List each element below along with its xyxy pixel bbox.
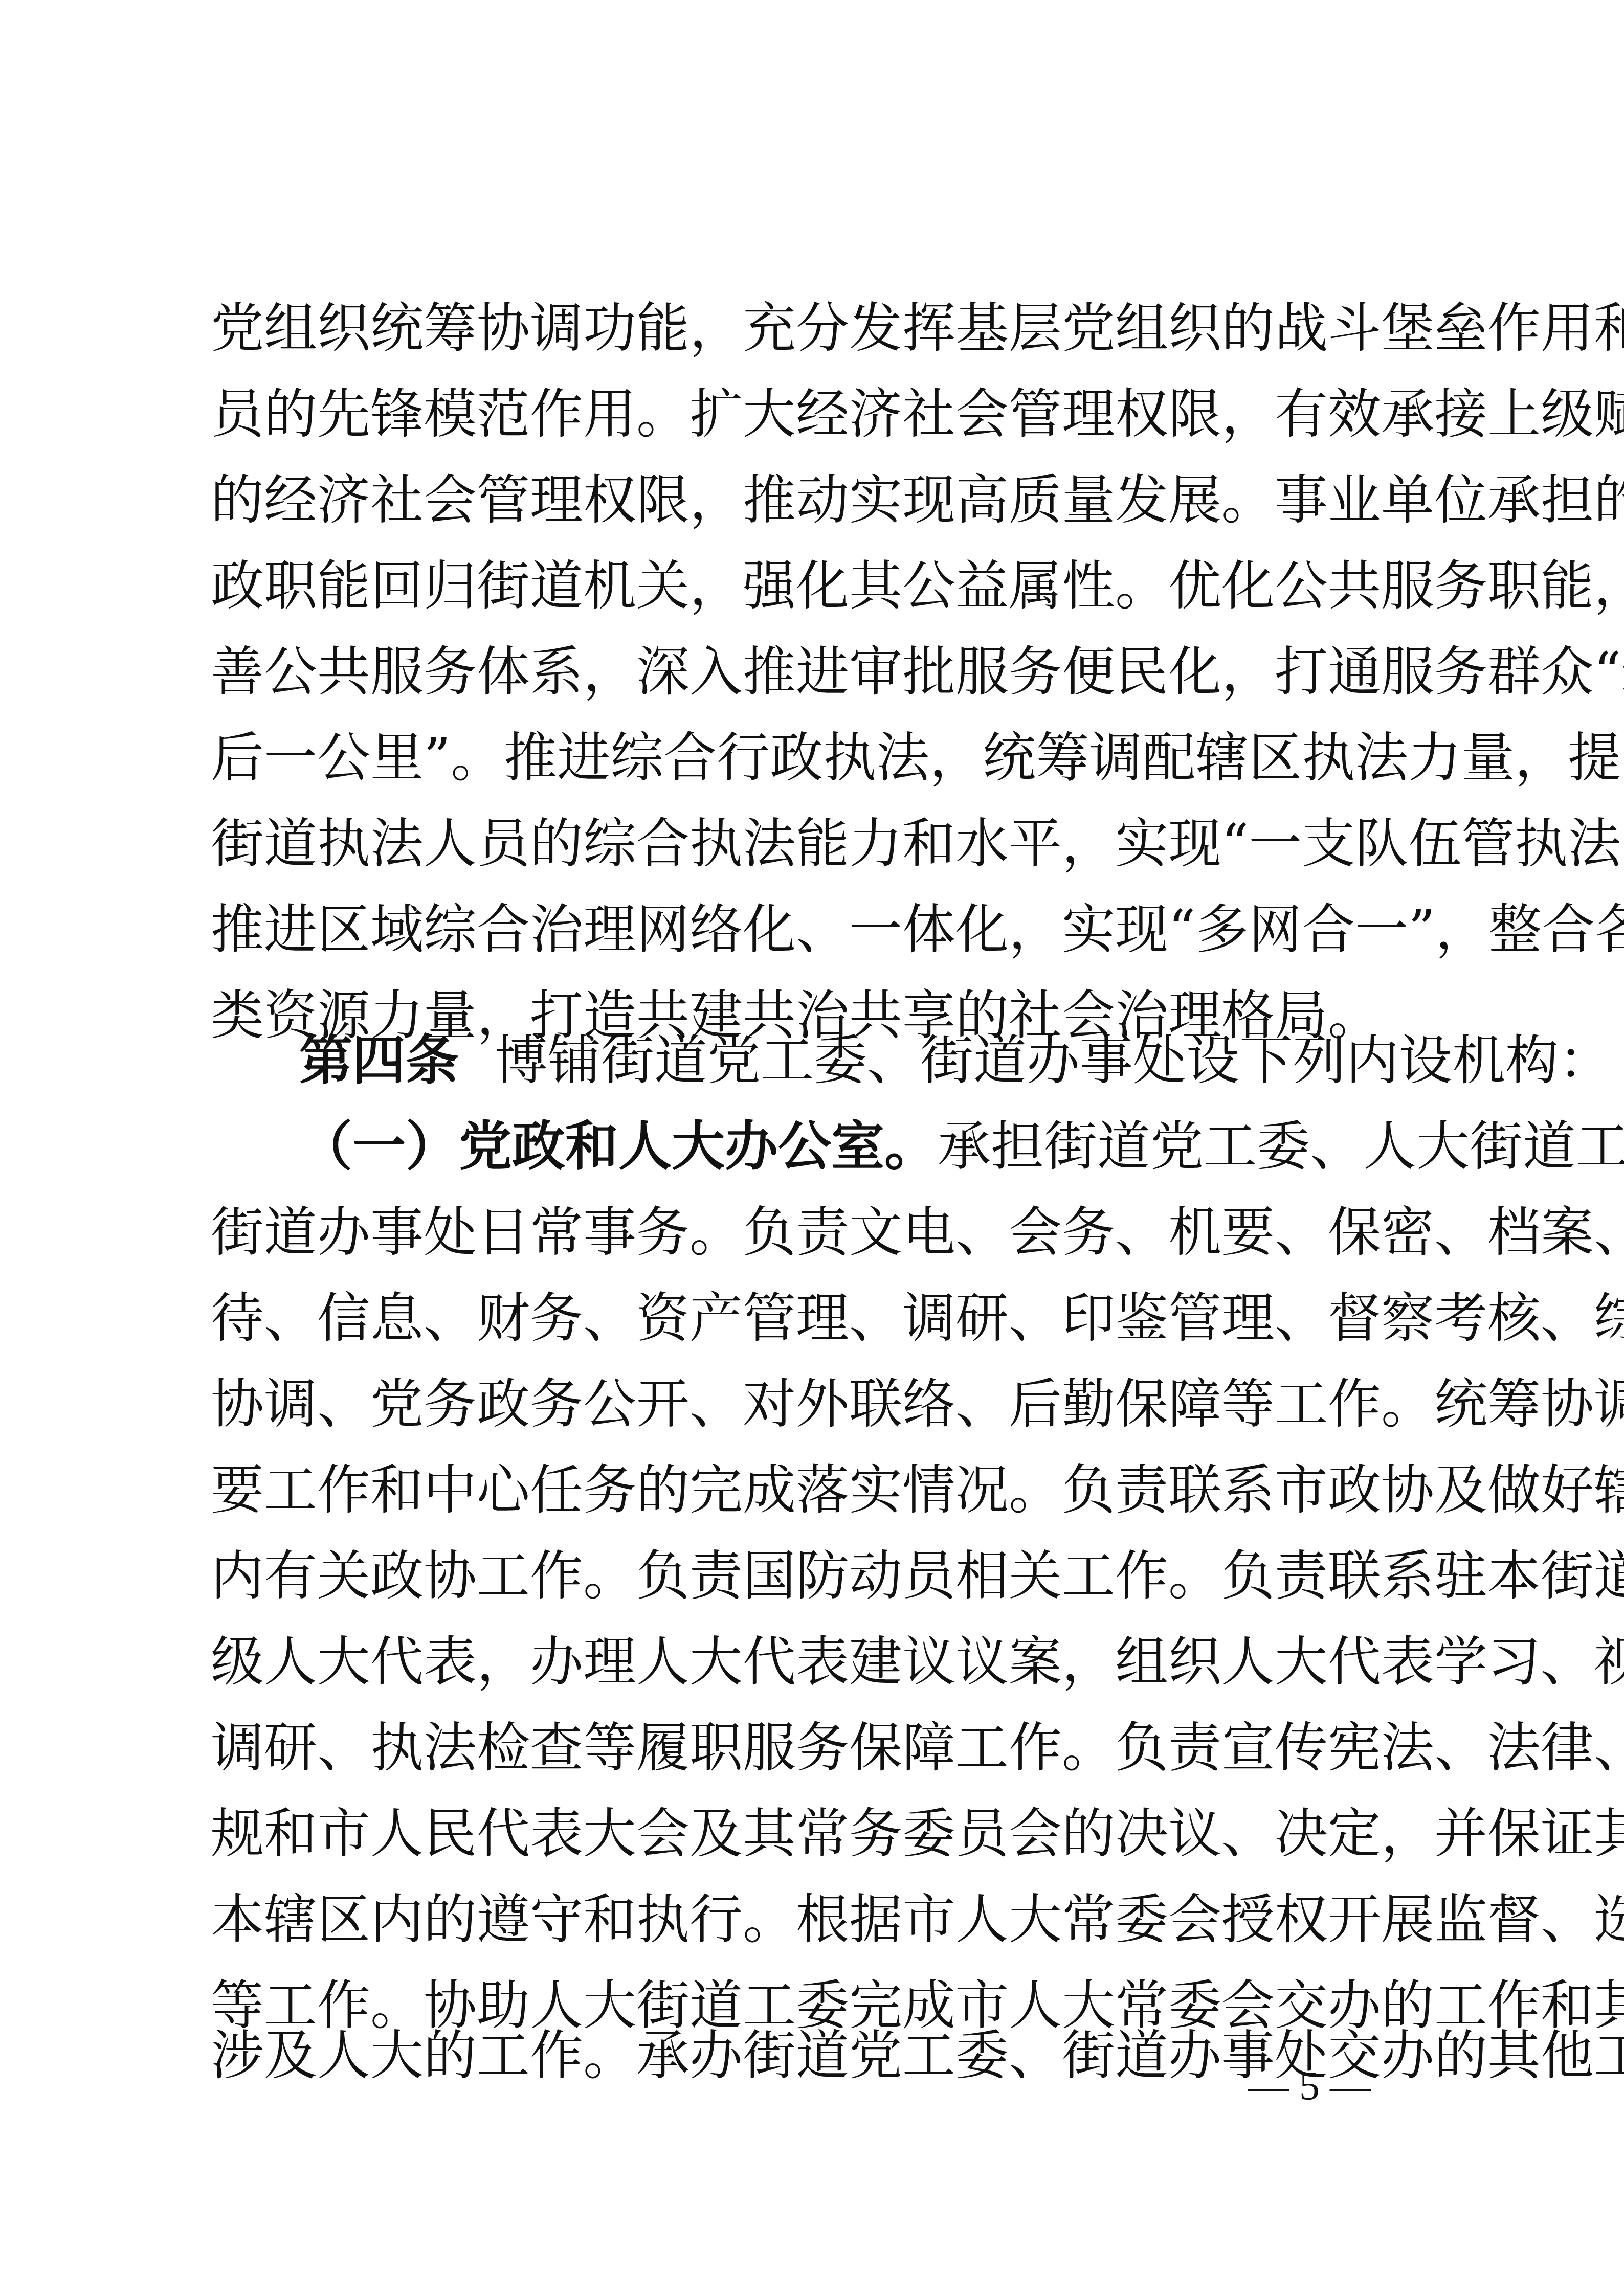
body-line: 要工作和中心任务的完成落实情况。负责联系市政协及做好辖区 <box>211 1459 1433 1521</box>
body-line: 街道执法人员的综合执法能力和水平，实现“一支队伍管执法”。 <box>211 813 1433 874</box>
body-line: 善公共服务体系，深入推进审批服务便民化，打通服务群众“最 <box>211 641 1433 703</box>
body-line: 调研、执法检查等履职服务保障工作。负责宣传宪法、法律、法 <box>211 1717 1433 1779</box>
body-line: 待、信息、财务、资产管理、调研、印鉴管理、督察考核、综合 <box>211 1288 1433 1349</box>
body-line: 的经济社会管理权限，推动实现高质量发展。事业单位承担的行 <box>211 469 1433 531</box>
document-page: 党组织统筹协调功能，充分发挥基层党组织的战斗堡垒作用和党 员的先锋模范作用。扩大… <box>0 0 1624 2296</box>
body-line: 推进区域综合治理网络化、一体化，实现“多网合一”，整合各 <box>211 899 1433 960</box>
body-line: 级人大代表，办理人大代表建议议案，组织人大代表学习、视察、 <box>211 1631 1433 1693</box>
body-line: 街道办事处日常事务。负责文电、会务、机要、保密、档案、接 <box>211 1202 1433 1263</box>
body-line: 员的先锋模范作用。扩大经济社会管理权限，有效承接上级赋予 <box>211 384 1433 445</box>
body-line: 本辖区内的遵守和执行。根据市人大常委会授权开展监督、选举 <box>211 1889 1433 1950</box>
article-heading: 第四条 <box>299 1029 459 1092</box>
section-heading: （一）党政和人大办公室。 <box>299 1115 938 1178</box>
body-line: 规和市人民代表大会及其常务委员会的决议、决定，并保证其在 <box>211 1803 1433 1864</box>
page-number: — 5 — <box>1228 2061 1391 2112</box>
body-line: 内有关政协工作。负责国防动员相关工作。负责联系驻本街道各 <box>211 1545 1433 1607</box>
body-line: 政职能回归街道机关，强化其公益属性。优化公共服务职能，完 <box>211 555 1433 617</box>
body-line: 协调、党务政务公开、对外联络、后勤保障等工作。统筹协调重 <box>211 1374 1433 1435</box>
body-line: 党组织统筹协调功能，充分发挥基层党组织的战斗堡垒作用和党 <box>211 298 1433 359</box>
article-four-line: 第四条博铺街道党工委、街道办事处设下列内设机构： <box>299 1030 1433 1091</box>
section-text: 承担街道党工委、人大街道工委、 <box>938 1115 1624 1178</box>
body-line: 后一公里”。推进综合行政执法，统筹调配辖区执法力量，提高 <box>211 727 1433 789</box>
section-heading-line: （一）党政和人大办公室。承担街道党工委、人大街道工委、 <box>299 1116 1433 1177</box>
article-text: 博铺街道党工委、街道办事处设下列内设机构： <box>495 1029 1612 1092</box>
